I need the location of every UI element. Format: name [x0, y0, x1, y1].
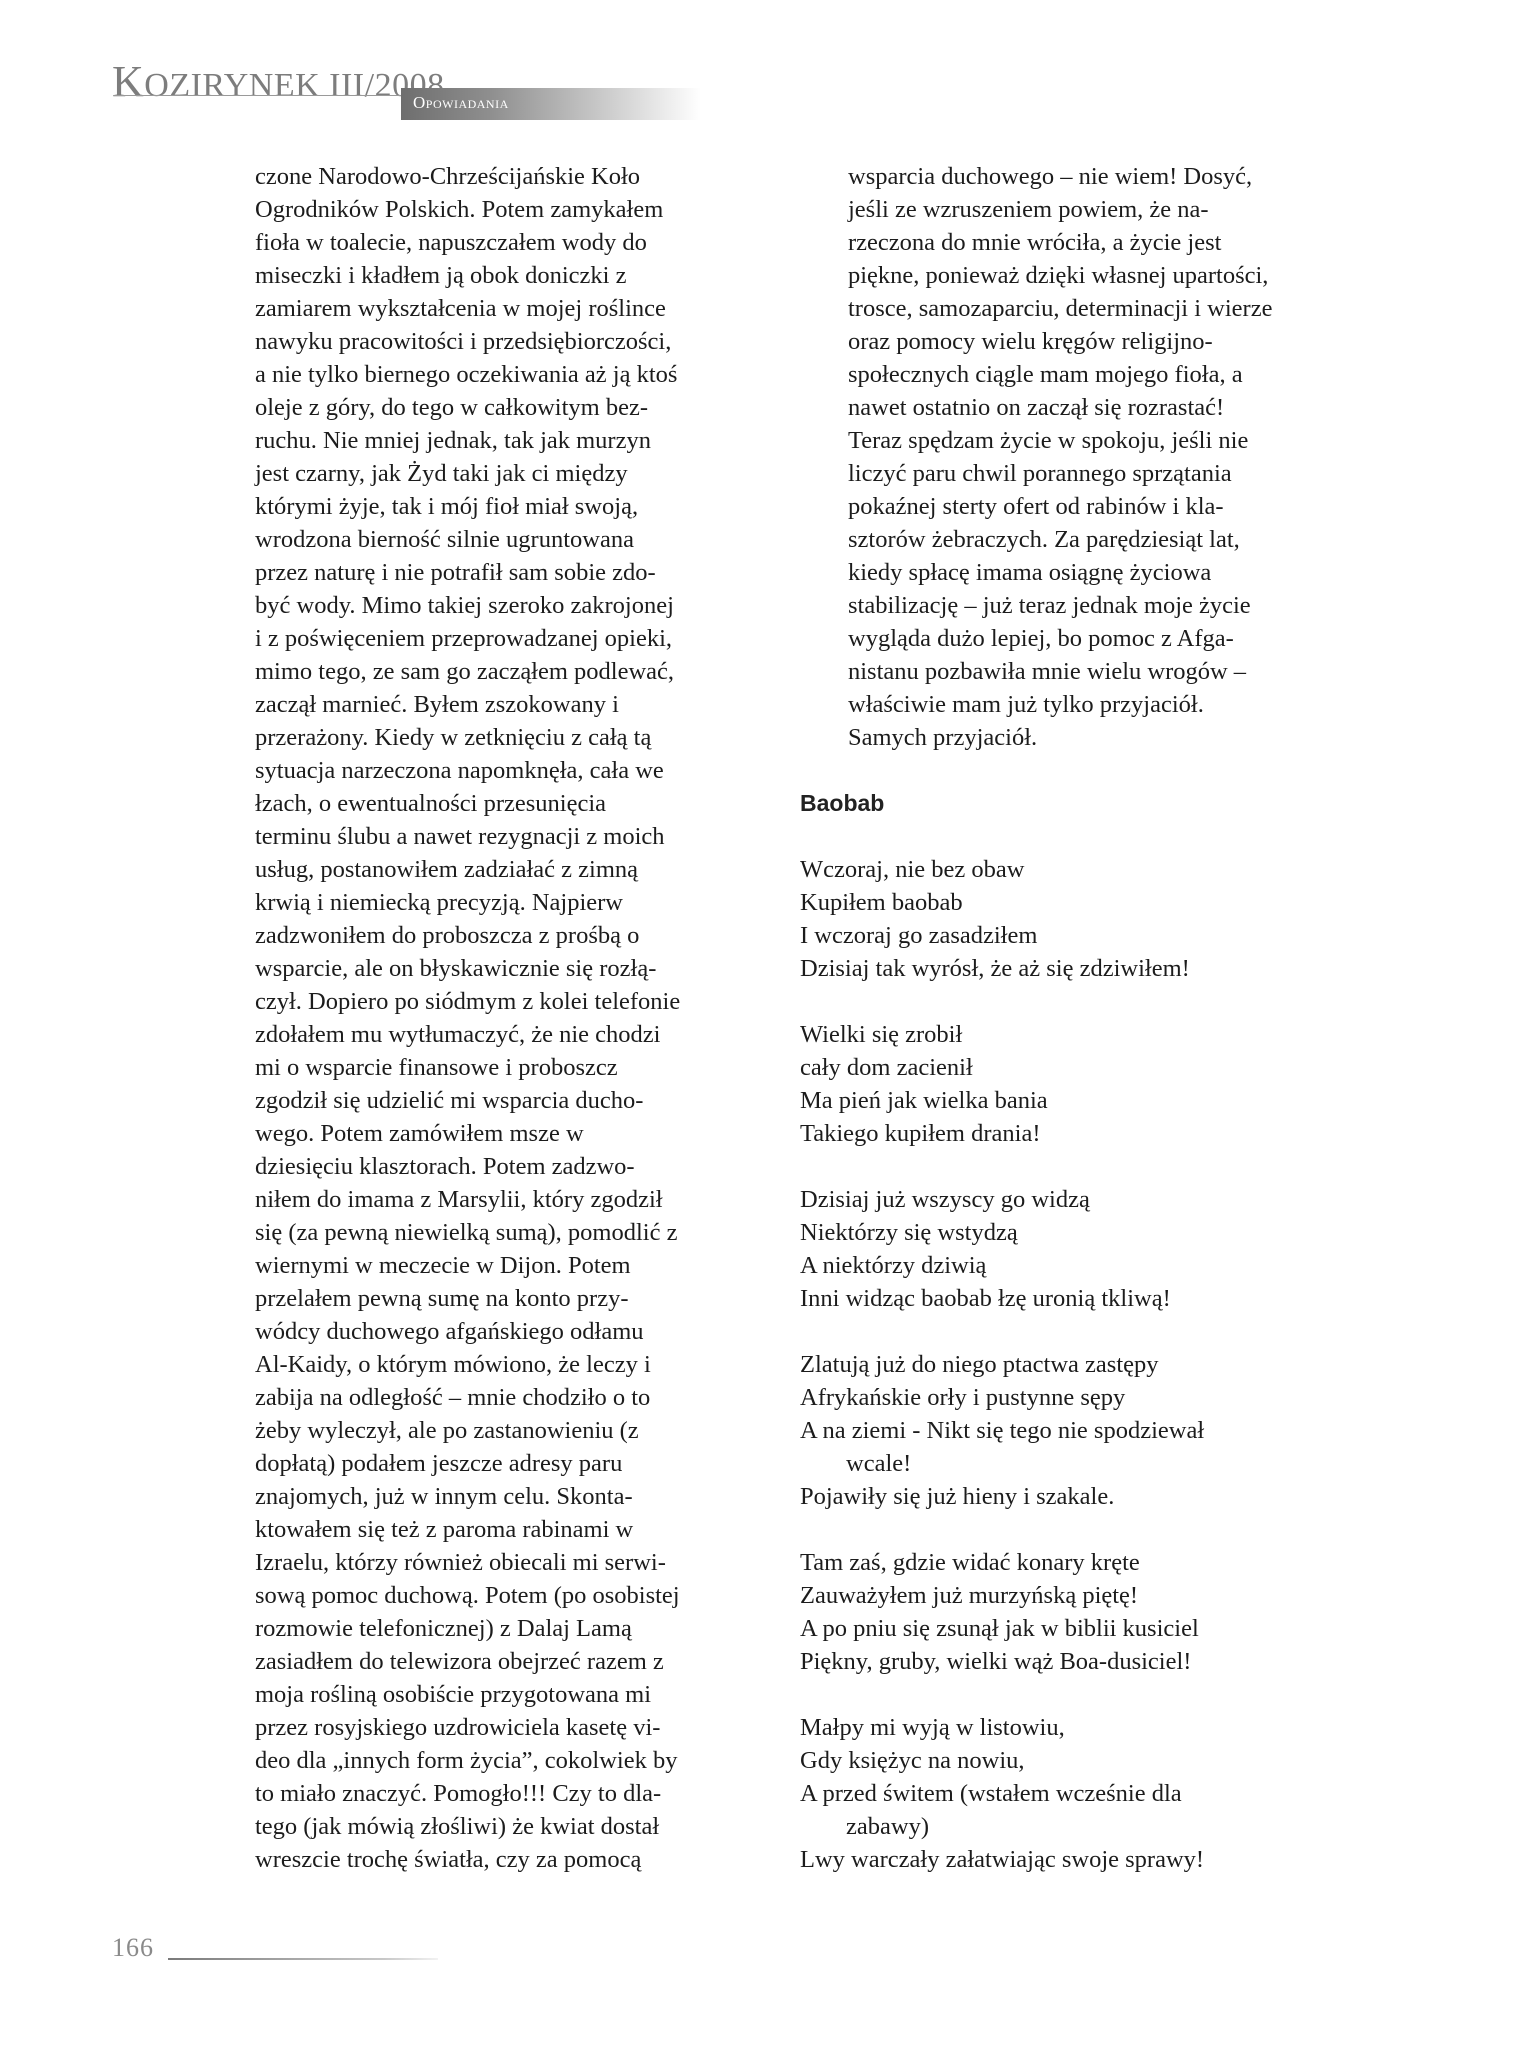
text-line: to miało znaczyć. Pomogło!!! Czy to dla-	[255, 1777, 765, 1810]
poem-line: Ma pień jak wielka bania	[800, 1084, 1380, 1117]
masthead-title: OZIRYNEK III/2008	[144, 67, 444, 104]
text-line: sztorów żebraczych. Za parędziesiąt lat,	[800, 523, 1380, 556]
footer-rule	[168, 1958, 438, 1960]
page-header: KOZIRYNEK III/2008 Opowiadania	[0, 0, 1538, 130]
text-line: mimo tego, ze sam go zacząłem podlewać,	[255, 655, 765, 688]
poem-stanza: Dzisiaj już wszyscy go widząNiektórzy si…	[800, 1183, 1380, 1315]
text-line: mi o wsparcie finansowe i proboszcz	[255, 1051, 765, 1084]
text-line: ktowałem się też z paroma rabinami w	[255, 1513, 765, 1546]
poem-stanza: Tam zaś, gdzie widać konary kręteZauważy…	[800, 1546, 1380, 1678]
text-line: niłem do imama z Marsylii, który zgodził	[255, 1183, 765, 1216]
poem-title: Baobab	[800, 787, 1380, 820]
text-line: zdołałem mu wytłumaczyć, że nie chodzi	[255, 1018, 765, 1051]
masthead-rule	[114, 95, 410, 96]
poem-line: Lwy warczały załatwiając swoje sprawy!	[800, 1843, 1380, 1876]
text-line: dziesięciu klasztorach. Potem zadzwo-	[255, 1150, 765, 1183]
poem-line: I wczoraj go zasadziłem	[800, 919, 1380, 952]
text-line: zabija na odległość – mnie chodziło o to	[255, 1381, 765, 1414]
poem-line: Pojawiły się już hieny i szakale.	[800, 1480, 1380, 1513]
text-line: społecznych ciągle mam mojego fioła, a	[800, 358, 1380, 391]
text-line: właściwie mam już tylko przyjaciół.	[800, 688, 1380, 721]
text-line: dopłatą) podałem jeszcze adresy paru	[255, 1447, 765, 1480]
poem-stanza: Wczoraj, nie bez obawKupiłem baobabI wcz…	[800, 853, 1380, 985]
text-line: czył. Dopiero po siódmym z kolei telefon…	[255, 985, 765, 1018]
poem-line: Zauważyłem już murzyńską piętę!	[800, 1579, 1380, 1612]
poem-line: Wielki się zrobił	[800, 1018, 1380, 1051]
text-line: wreszcie trochę światła, czy za pomocą	[255, 1843, 765, 1876]
poem-line: Wczoraj, nie bez obaw	[800, 853, 1380, 886]
poem-line: Takiego kupiłem drania!	[800, 1117, 1380, 1150]
poem-stanza: Wielki się zrobiłcały dom zacieniłMa pie…	[800, 1018, 1380, 1150]
poem-line: Niektórzy się wstydzą	[800, 1216, 1380, 1249]
text-line: wego. Potem zamówiłem msze w	[255, 1117, 765, 1150]
text-line: kiedy spłacę imama osiągnę życiowa	[800, 556, 1380, 589]
text-line: zadzwoniłem do proboszcza z prośbą o	[255, 919, 765, 952]
poem-line: Gdy księżyc na nowiu,	[800, 1744, 1380, 1777]
text-line: którymi żyje, tak i mój fioł miał swoją,	[255, 490, 765, 523]
text-line: rzeczona do mnie wróciła, a życie jest	[800, 226, 1380, 259]
text-line: tego (jak mówią złośliwi) że kwiat dosta…	[255, 1810, 765, 1843]
text-line: sytuacja narzeczona napomknęła, cała we	[255, 754, 765, 787]
section-bar: Opowiadania	[401, 88, 701, 120]
poem-line: wcale!	[800, 1447, 1380, 1480]
text-line: przelałem pewną sumę na konto przy-	[255, 1282, 765, 1315]
poem-line: A na ziemi - Nikt się tego nie spodziewa…	[800, 1414, 1380, 1447]
text-line: zasiadłem do telewizora obejrzeć razem z	[255, 1645, 765, 1678]
text-line: ruchu. Nie mniej jednak, tak jak murzyn	[255, 424, 765, 457]
text-line: zamiarem wykształcenia w mojej roślince	[255, 292, 765, 325]
text-line: znajomych, już w innym celu. Skonta-	[255, 1480, 765, 1513]
page-number: 166	[112, 1933, 154, 1963]
text-line: czone Narodowo-Chrześcijańskie Koło	[255, 160, 765, 193]
poem-line: A niektórzy dziwią	[800, 1249, 1380, 1282]
text-line: łzach, o ewentualności przesunięcia	[255, 787, 765, 820]
text-line: być wody. Mimo takiej szeroko zakrojonej	[255, 589, 765, 622]
page-footer: 166	[112, 1933, 812, 1973]
poem-line: Dzisiaj tak wyrósł, że aż się zdziwiłem!	[800, 952, 1380, 985]
poem-line: Dzisiaj już wszyscy go widzą	[800, 1183, 1380, 1216]
text-line: zgodził się udzielić mi wsparcia ducho-	[255, 1084, 765, 1117]
text-line: Al-Kaidy, o którym mówiono, że leczy i	[255, 1348, 765, 1381]
right-column: wsparcia duchowego – nie wiem! Dosyć,jeś…	[800, 160, 1380, 1909]
text-line: Samych przyjaciół.	[800, 721, 1380, 754]
poem: Wczoraj, nie bez obawKupiłem baobabI wcz…	[800, 853, 1380, 1876]
text-line: oraz pomocy wielu kręgów religijno-	[800, 325, 1380, 358]
text-line: nawyku pracowitości i przedsiębiorczości…	[255, 325, 765, 358]
text-line: wsparcia duchowego – nie wiem! Dosyć,	[800, 160, 1380, 193]
text-line: deo dla „innych form życia”, cokolwiek b…	[255, 1744, 765, 1777]
text-line: krwią i niemiecką precyzją. Najpierw	[255, 886, 765, 919]
text-line: wiernymi w meczecie w Dijon. Potem	[255, 1249, 765, 1282]
text-line: fioła w toalecie, napuszczałem wody do	[255, 226, 765, 259]
left-column: czone Narodowo-Chrześcijańskie KołoOgrod…	[255, 160, 765, 1876]
text-line: oleje z góry, do tego w całkowitym bez-	[255, 391, 765, 424]
poem-line: zabawy)	[800, 1810, 1380, 1843]
text-line: trosce, samozaparciu, determinacji i wie…	[800, 292, 1380, 325]
text-line: piękne, ponieważ dzięki własnej upartośc…	[800, 259, 1380, 292]
text-line: a nie tylko biernego oczekiwania aż ją k…	[255, 358, 765, 391]
text-line: i z poświęceniem przeprowadzanej opieki,	[255, 622, 765, 655]
text-line: przerażony. Kiedy w zetknięciu z całą tą	[255, 721, 765, 754]
poem-line: Afrykańskie orły i pustynne sępy	[800, 1381, 1380, 1414]
text-line: wygląda dużo lepiej, bo pomoc z Afga-	[800, 622, 1380, 655]
text-line: wódcy duchowego afgańskiego odłamu	[255, 1315, 765, 1348]
text-line: nawet ostatnio on zaczął się rozrastać!	[800, 391, 1380, 424]
text-line: pokaźnej sterty ofert od rabinów i kla-	[800, 490, 1380, 523]
poem-line: Piękny, gruby, wielki wąż Boa-dusiciel!	[800, 1645, 1380, 1678]
masthead-initial: K	[112, 57, 144, 106]
poem-line: Inni widząc baobab łzę uronią tkliwą!	[800, 1282, 1380, 1315]
magazine-masthead: KOZIRYNEK III/2008	[112, 60, 445, 104]
text-line: Teraz spędzam życie w spokoju, jeśli nie	[800, 424, 1380, 457]
text-line: wrodzona bierność silnie ugruntowana	[255, 523, 765, 556]
text-line: rozmowie telefonicznej) z Dalaj Lamą	[255, 1612, 765, 1645]
text-line: zaczął marnieć. Byłem zszokowany i	[255, 688, 765, 721]
text-line: usług, postanowiłem zadziałać z zimną	[255, 853, 765, 886]
text-line: Izraelu, którzy również obiecali mi serw…	[255, 1546, 765, 1579]
text-line: miseczki i kładłem ją obok doniczki z	[255, 259, 765, 292]
poem-line: cały dom zacienił	[800, 1051, 1380, 1084]
poem-line: A po pniu się zsunął jak w biblii kusici…	[800, 1612, 1380, 1645]
right-prose: wsparcia duchowego – nie wiem! Dosyć,jeś…	[800, 160, 1380, 754]
poem-line: Małpy mi wyją w listowiu,	[800, 1711, 1380, 1744]
text-line: Ogrodników Polskich. Potem zamykałem	[255, 193, 765, 226]
text-line: się (za pewną niewielką sumą), pomodlić …	[255, 1216, 765, 1249]
poem-stanza: Małpy mi wyją w listowiu,Gdy księżyc na …	[800, 1711, 1380, 1876]
text-line: wsparcie, ale on błyskawicznie się rozłą…	[255, 952, 765, 985]
poem-line: Kupiłem baobab	[800, 886, 1380, 919]
text-line: stabilizację – już teraz jednak moje życ…	[800, 589, 1380, 622]
text-line: przez rosyjskiego uzdrowiciela kasetę vi…	[255, 1711, 765, 1744]
text-line: przez naturę i nie potrafił sam sobie zd…	[255, 556, 765, 589]
text-line: nistanu pozbawiła mnie wielu wrogów –	[800, 655, 1380, 688]
poem-stanza: Zlatują już do niego ptactwa zastępyAfry…	[800, 1348, 1380, 1513]
text-line: jeśli ze wzruszeniem powiem, że na-	[800, 193, 1380, 226]
text-line: terminu ślubu a nawet rezygnacji z moich	[255, 820, 765, 853]
text-line: jest czarny, jak Żyd taki jak ci między	[255, 457, 765, 490]
section-label: Opowiadania	[413, 94, 509, 111]
poem-line: A przed świtem (wstałem wcześnie dla	[800, 1777, 1380, 1810]
text-line: sową pomoc duchową. Potem (po osobistej	[255, 1579, 765, 1612]
poem-line: Zlatują już do niego ptactwa zastępy	[800, 1348, 1380, 1381]
text-line: żeby wyleczył, ale po zastanowieniu (z	[255, 1414, 765, 1447]
poem-line: Tam zaś, gdzie widać konary kręte	[800, 1546, 1380, 1579]
text-line: moja rośliną osobiście przygotowana mi	[255, 1678, 765, 1711]
text-line: liczyć paru chwil porannego sprzątania	[800, 457, 1380, 490]
